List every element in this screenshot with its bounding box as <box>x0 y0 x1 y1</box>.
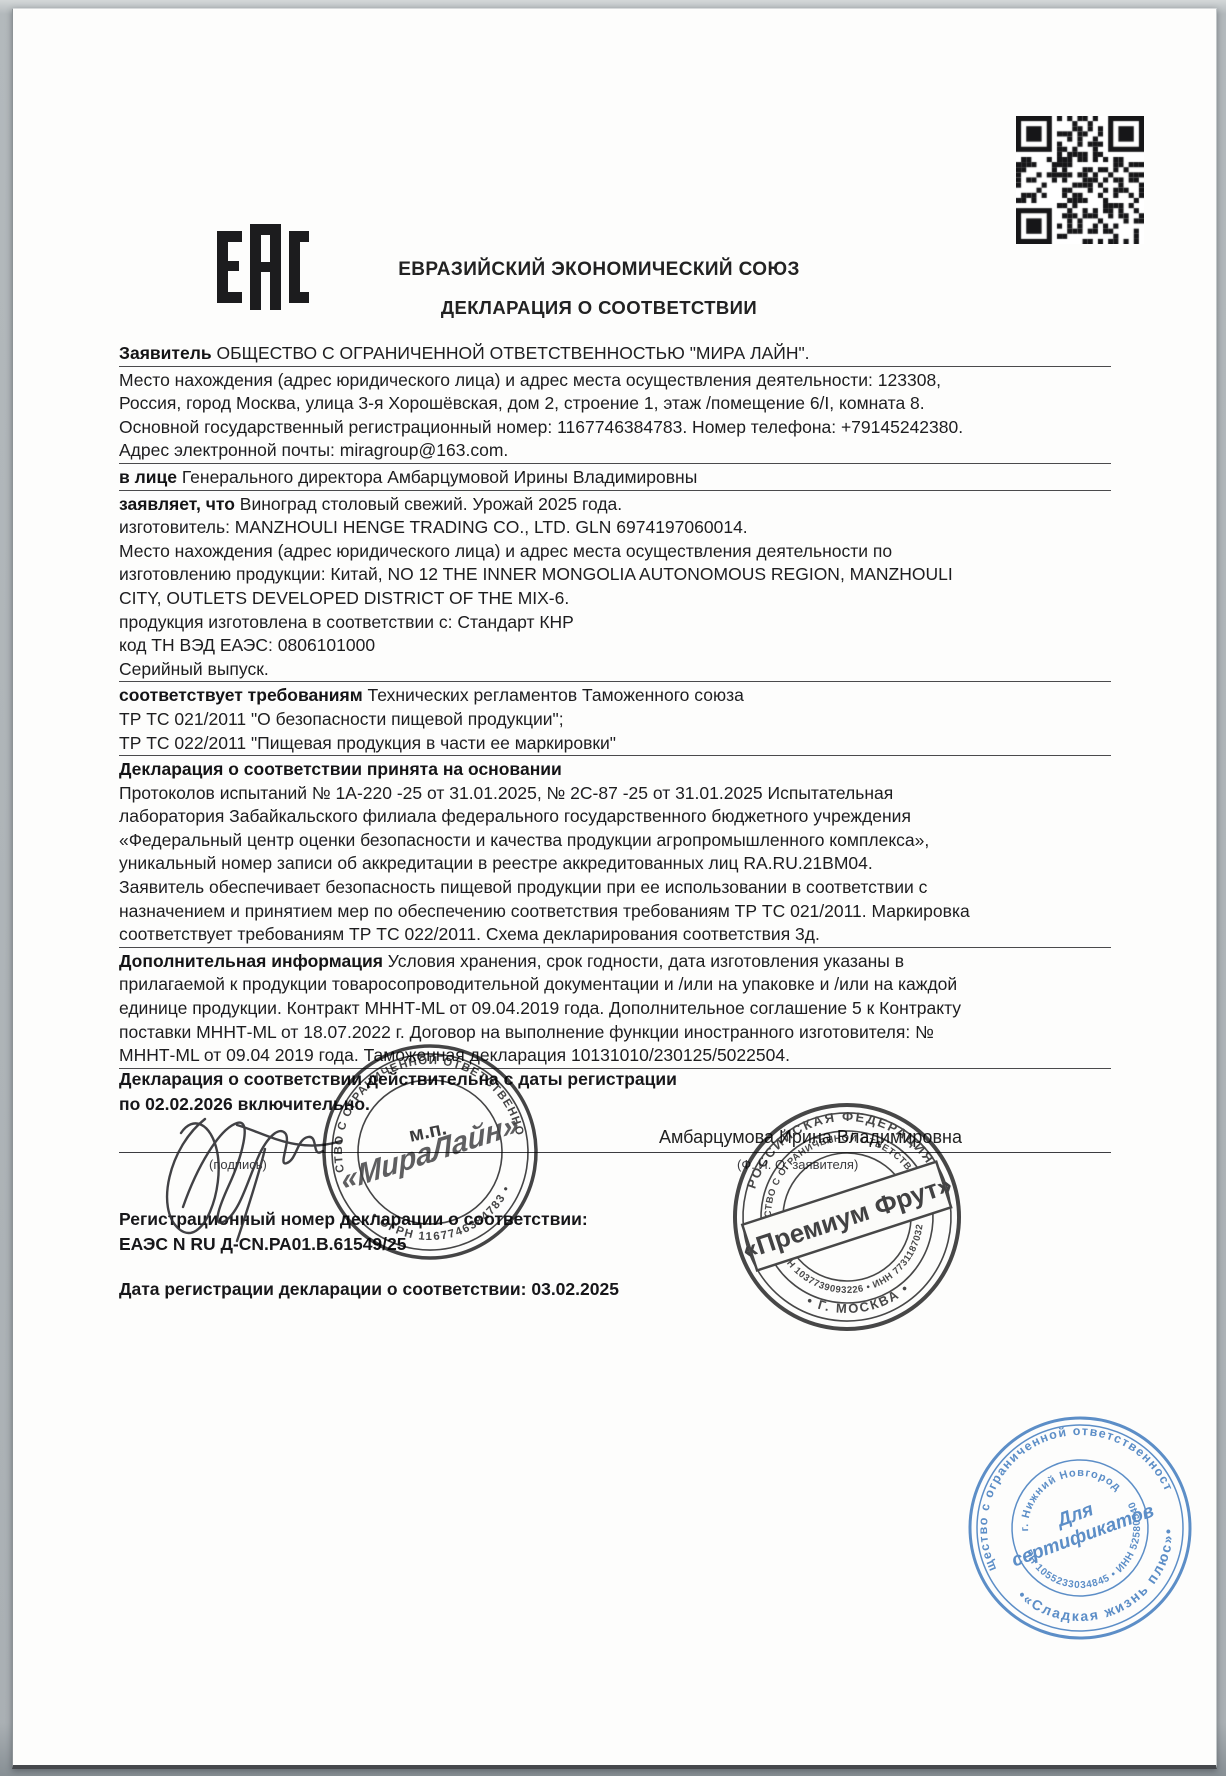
document-body: Заявитель ОБЩЕСТВО С ОГРАНИЧЕННОЙ ОТВЕТС… <box>119 342 1111 1071</box>
document-row: Дополнительная информация Условия хранен… <box>119 950 1111 974</box>
document-row: Россия, город Москва, улица 3-я Хорошёвс… <box>119 392 1111 416</box>
document-row: ТР ТС 021/2011 "О безопасности пищевой п… <box>119 708 1111 732</box>
document-row: Заявитель обеспечивает безопасность пище… <box>119 876 1111 900</box>
row-text: прилагаемой к продукции товаросопроводит… <box>119 974 957 994</box>
row-lead: соответствует требованиям <box>119 685 363 705</box>
stamp-mira-line: ОБЩЕСТВО С ОГРАНИЧЕННОЙ ОТВЕТСТВЕННОСТЬЮ… <box>319 1041 541 1263</box>
row-text: Заявитель обеспечивает безопасность пище… <box>119 877 927 897</box>
row-text: код ТН ВЭД ЕАЭС: 0806101000 <box>119 635 375 655</box>
row-text: ТР ТС 022/2011 "Пищевая продукция в част… <box>119 733 616 753</box>
document-row: Протоколов испытаний № 1А-220 -25 от 31.… <box>119 782 1111 806</box>
document-row: изготовитель: MANZHOULI HENGE TRADING CO… <box>119 516 1111 540</box>
row-lead: Декларация о соответствии принята на осн… <box>119 759 562 779</box>
document-row: поставки МННТ-ML от 18.07.2022 г. Догово… <box>119 1021 1111 1045</box>
row-text: продукция изготовлена в соответствии с: … <box>119 612 574 632</box>
registration-date: Дата регистрации декларации о соответств… <box>119 1279 619 1300</box>
row-text: лаборатория Забайкальского филиала федер… <box>119 806 911 826</box>
row-text: поставки МННТ-ML от 18.07.2022 г. Догово… <box>119 1022 934 1042</box>
row-text: Место нахождения (адрес юридического лиц… <box>119 541 892 561</box>
row-text: Адрес электронной почты: miragroup@163.c… <box>119 440 508 460</box>
document-row: ТР ТС 022/2011 "Пищевая продукция в част… <box>119 732 1111 757</box>
qr-code <box>1016 116 1144 244</box>
row-lead: Заявитель <box>119 343 212 363</box>
row-text: CITY, OUTLETS DEVELOPED DISTRICT OF THE … <box>119 588 569 608</box>
document-row: Адрес электронной почты: miragroup@163.c… <box>119 439 1111 464</box>
mira-ring-bottom: • ОГРН 1167746384783 • <box>367 1181 521 1256</box>
row-lead: Дополнительная информация <box>119 951 383 971</box>
document-title: ДЕКЛАРАЦИЯ О СООТВЕТСТВИИ <box>119 297 1079 319</box>
document-page: ЕВРАЗИЙСКИЙ ЭКОНОМИЧЕСКИЙ СОЮЗ ДЕКЛАРАЦИ… <box>12 8 1217 1769</box>
row-text: назначением и принятием мер по обеспечен… <box>119 901 970 921</box>
document-row: продукция изготовлена в соответствии с: … <box>119 611 1111 635</box>
row-text: уникальный номер записи об аккредитации … <box>119 853 873 873</box>
document-row: единице продукции. Контракт МННТ-ML от 0… <box>119 997 1111 1021</box>
row-text: ТР ТС 021/2011 "О безопасности пищевой п… <box>119 709 564 729</box>
document-row: уникальный номер записи об аккредитации … <box>119 852 1111 876</box>
document-row: назначением и принятием мер по обеспечен… <box>119 900 1111 924</box>
document-row: МННТ-ML от 09.04 2019 года. Таможенная д… <box>119 1044 1111 1069</box>
document-row: Серийный выпуск. <box>119 658 1111 683</box>
row-text: «Федеральный центр оценки безопасности и… <box>119 830 929 850</box>
row-text: изготовитель: MANZHOULI HENGE TRADING CO… <box>119 517 748 537</box>
document-row: код ТН ВЭД ЕАЭС: 0806101000 <box>119 634 1111 658</box>
row-text: Виноград столовый свежий. Урожай 2025 го… <box>235 494 622 514</box>
document-row: Место нахождения (адрес юридического лиц… <box>119 369 1111 393</box>
document-row: CITY, OUTLETS DEVELOPED DISTRICT OF THE … <box>119 587 1111 611</box>
document-row: заявляет, что Виноград столовый свежий. … <box>119 493 1111 517</box>
row-text: единице продукции. Контракт МННТ-ML от 0… <box>119 998 961 1018</box>
document-row: Основной государственный регистрационный… <box>119 416 1111 440</box>
row-lead: заявляет, что <box>119 494 235 514</box>
row-text: Место нахождения (адрес юридического лиц… <box>119 370 941 390</box>
row-text: Россия, город Москва, улица 3-я Хорошёвс… <box>119 393 925 413</box>
svg-text:• ОГРН 1167746384783 •: • ОГРН 1167746384783 • <box>367 1181 521 1256</box>
document-row: соответствует требованиям Технических ре… <box>119 684 1111 708</box>
row-text <box>562 759 567 779</box>
row-text: соответствует требованиям ТР ТС 022/2011… <box>119 924 820 944</box>
document-row: «Федеральный центр оценки безопасности и… <box>119 829 1111 853</box>
document-row: лаборатория Забайкальского филиала федер… <box>119 805 1111 829</box>
document-row: прилагаемой к продукции товаросопроводит… <box>119 973 1111 997</box>
row-text: Основной государственный регистрационный… <box>119 417 963 437</box>
row-text: Протоколов испытаний № 1А-220 -25 от 31.… <box>119 783 893 803</box>
row-text: Условия хранения, срок годности, дата из… <box>383 951 904 971</box>
union-title: ЕВРАЗИЙСКИЙ ЭКОНОМИЧЕСКИЙ СОЮЗ <box>119 259 1079 281</box>
row-text: Технических регламентов Таможенного союз… <box>363 685 744 705</box>
document-row: в лице Генерального директора Амбарцумов… <box>119 466 1111 491</box>
row-text: изготовлению продукции: Китай, NO 12 THE… <box>119 564 953 584</box>
row-text: ОБЩЕСТВО С ОГРАНИЧЕННОЙ ОТВЕТСТВЕННОСТЬЮ… <box>212 343 810 363</box>
document-row: Заявитель ОБЩЕСТВО С ОГРАНИЧЕННОЙ ОТВЕТС… <box>119 342 1111 367</box>
document-row: Декларация о соответствии принята на осн… <box>119 758 1111 782</box>
stamp-sladkaya-zhizn: Общество с ограниченной ответственностью… <box>964 1412 1196 1644</box>
row-text: Генерального директора Амбарцумовой Ирин… <box>177 467 697 487</box>
row-lead: в лице <box>119 467 177 487</box>
document-row: Место нахождения (адрес юридического лиц… <box>119 540 1111 564</box>
stamp-premium-fruit: РОССИЙСКАЯ ФЕДЕРАЦИЯ • Г. МОСКВА • ОБЩЕС… <box>729 1099 965 1335</box>
document-row: соответствует требованиям ТР ТС 022/2011… <box>119 923 1111 948</box>
document-row: изготовлению продукции: Китай, NO 12 THE… <box>119 563 1111 587</box>
row-text: Серийный выпуск. <box>119 659 269 679</box>
